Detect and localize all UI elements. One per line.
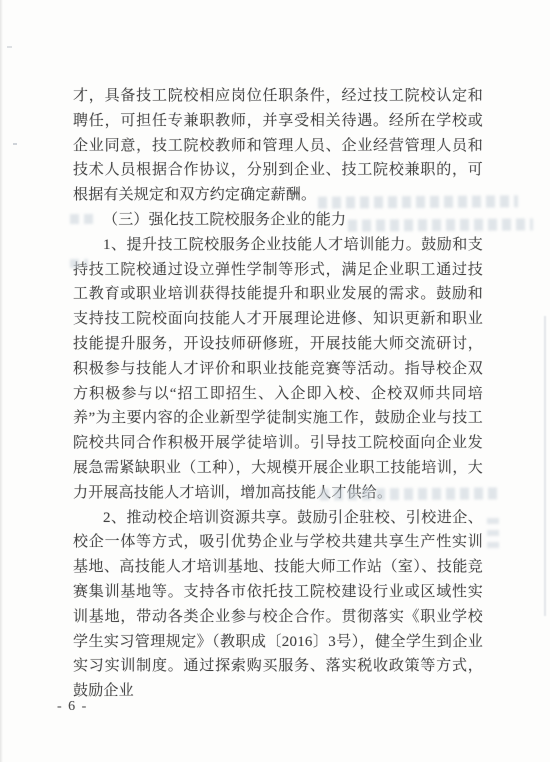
scan-artifact-line — [544, 316, 546, 616]
bleedthrough-mark — [487, 514, 499, 548]
scan-speck — [13, 143, 17, 145]
section-heading: （三）强化技工院校服务企业的能力 — [73, 208, 483, 233]
paragraph-item-1: 1、提升技工院校服务企业技能人才培训能力。鼓励和支持技工院校通过设立弹性学制等形… — [73, 233, 483, 506]
page-number: - 6 - — [57, 699, 88, 715]
scan-edge-shadow — [0, 0, 3, 762]
scanned-document-page: 才，具备技工院校相应岗位任职条件，经过技工院校认定和聘任，可担任专兼职教师，并享… — [0, 0, 550, 762]
paragraph-continuation: 才，具备技工院校相应岗位任职条件，经过技工院校认定和聘任，可担任专兼职教师，并享… — [73, 84, 483, 208]
document-body: 才，具备技工院校相应岗位任职条件，经过技工院校认定和聘任，可担任专兼职教师，并享… — [73, 84, 483, 704]
scan-speck — [7, 46, 12, 48]
paragraph-item-2: 2、推动校企培训资源共享。鼓励引企驻校、引校进企、校企一体等方式，吸引优势企业与… — [73, 506, 483, 704]
